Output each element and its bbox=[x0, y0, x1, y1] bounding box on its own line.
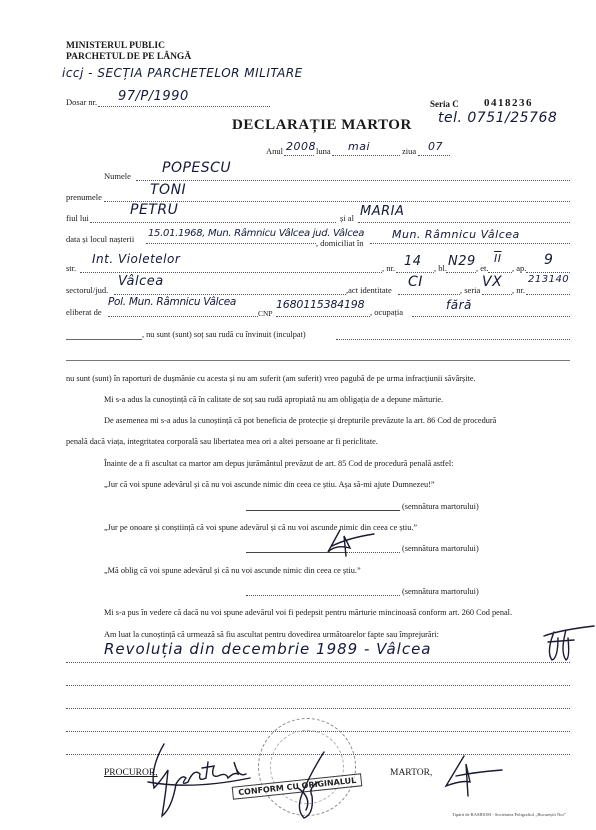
luna-label: luna bbox=[316, 146, 331, 156]
paragraph-protectie-2: penală dacă viața, integritatea corporal… bbox=[66, 437, 378, 446]
paragraph-protectie-1: De asemenea mi s-a adus la cunoștință că… bbox=[104, 416, 496, 425]
nastere-label: data și locul nașterii bbox=[66, 234, 134, 244]
nr-label: , nr. bbox=[382, 263, 395, 273]
ziua-label: ziua bbox=[402, 146, 416, 156]
paragraph-dusmanie: nu sunt (sunt) în raporturi de dușmănie … bbox=[66, 374, 476, 383]
sector-label: sectorul/jud. bbox=[66, 285, 108, 295]
eliberat-label: eliberat de bbox=[66, 307, 102, 317]
numele-value: POPESCU bbox=[162, 160, 231, 176]
ap-label: , ap. bbox=[512, 263, 526, 273]
paragraph-perjury: Mi s-a pus în vedere că dacă nu voi spun… bbox=[104, 608, 512, 617]
paragraph-facts: Am luat la cunoștință că urmează să fiu … bbox=[104, 630, 439, 639]
seria-number: 0418236 bbox=[484, 97, 533, 109]
cnp-label: CNP bbox=[258, 309, 273, 318]
numele-label: Numele bbox=[104, 171, 131, 181]
dosar-value: 97/P/1990 bbox=[118, 89, 189, 104]
witness-initials-signature bbox=[540, 622, 596, 664]
si-al-label: și al bbox=[340, 213, 354, 223]
ziua-value: 07 bbox=[428, 140, 443, 153]
act-seria-value: VX bbox=[482, 274, 502, 290]
paragraph-juramant: Înainte de a fi ascultat ca martor am de… bbox=[104, 459, 453, 468]
procuror-signature bbox=[142, 738, 254, 822]
prenumele-value: TONI bbox=[150, 182, 186, 198]
luna-value: mai bbox=[348, 140, 370, 153]
oath-religious: „Jur că voi spune adevărul și că nu voi … bbox=[104, 480, 435, 489]
relation-line: , nu sunt (sunt) soț sau rudă cu învinui… bbox=[142, 330, 306, 339]
printer-footer: Tipărit de RASBIOM - Societatea Poligraf… bbox=[452, 812, 566, 817]
ministry-label: MINISTERUL PUBLIC bbox=[66, 41, 165, 52]
office-handwritten: iccj - SECȚIA PARCHETELOR MILITARE bbox=[62, 66, 303, 80]
stamp-signature bbox=[288, 748, 334, 822]
si-al-value: MARIA bbox=[360, 204, 404, 219]
phone-handwritten: tel. 0751/25768 bbox=[438, 110, 557, 126]
oath-honor-signature-label: (semnătura martorului) bbox=[402, 544, 479, 553]
paragraph-soț-ruda: Mi s-a adus la cunoștință că în calitate… bbox=[104, 395, 443, 404]
anul-label: Anul bbox=[266, 146, 283, 156]
domiciliat-label: , domiciliat în bbox=[316, 238, 363, 248]
oath-pledge: „Mă oblig că voi spune adevărul și că nu… bbox=[104, 566, 361, 575]
martor-signature bbox=[440, 752, 504, 798]
sector-value: Vâlcea bbox=[118, 274, 164, 289]
prenumele-label: prenumele bbox=[66, 192, 102, 202]
facts-handwritten: Revoluția din decembrie 1989 - Vâlcea bbox=[104, 640, 432, 658]
et-value: II bbox=[494, 252, 502, 265]
witness-signature-oath bbox=[318, 526, 378, 558]
ocupatia-value: fără bbox=[446, 298, 472, 312]
seria-label: Seria C bbox=[430, 99, 459, 109]
fiul-value: PETRU bbox=[130, 202, 178, 218]
dosar-label: Dosar nr. bbox=[66, 97, 97, 107]
bl-value: N29 bbox=[448, 254, 476, 269]
act-value: CI bbox=[408, 274, 423, 290]
oath-religious-signature-label: (semnătura martorului) bbox=[402, 502, 479, 511]
et-label: , et. bbox=[476, 263, 489, 273]
document-title: DECLARAȚIE MARTOR bbox=[232, 117, 412, 134]
anul-value: 2008 bbox=[286, 140, 316, 153]
act-seria-label: , seria bbox=[460, 285, 480, 295]
fiul-label: fiul lui bbox=[66, 213, 89, 223]
office-label: PARCHETUL DE PE LÂNGĂ bbox=[66, 52, 191, 63]
nr-value: 14 bbox=[404, 254, 422, 269]
str-label: str. bbox=[66, 263, 76, 273]
ap-value: 9 bbox=[544, 252, 553, 268]
domiciliat-value: Mun. Râmnicu Vâlcea bbox=[392, 228, 520, 241]
eliberat-value: Pol. Mun. Râmnicu Vâlcea bbox=[108, 296, 236, 308]
martor-label: MARTOR, bbox=[390, 768, 432, 778]
oath-pledge-signature-label: (semnătura martorului) bbox=[402, 587, 479, 596]
str-value: Int. Violetelor bbox=[92, 252, 180, 266]
act-nr-label: , nr. bbox=[512, 285, 525, 295]
act-nr-value: 213140 bbox=[528, 274, 569, 285]
ocupatia-label: , ocupația bbox=[370, 307, 403, 317]
act-label: ,act identitate bbox=[346, 285, 392, 295]
cnp-value: 1680115384198 bbox=[276, 298, 364, 311]
